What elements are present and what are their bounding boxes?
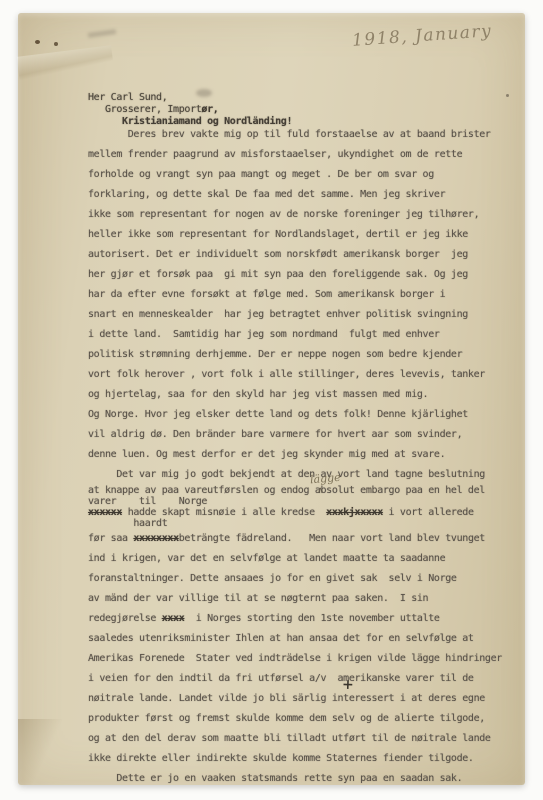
- struck-out-text: xxxkjxxxxx: [326, 507, 383, 518]
- ink-dot: [506, 94, 509, 97]
- text-line: vort folk herover , vort folk i alle sti…: [88, 365, 502, 385]
- text-line: ikke direkte eller indirekte skulde komm…: [88, 749, 502, 769]
- text-line: i veien for den indtil da fri utførsel a…: [88, 669, 502, 689]
- text-line: vil aldrig dø. Den bränder bare varmere …: [88, 425, 502, 445]
- text-line: nøitrale lande. Landet vilde jo bli särl…: [88, 689, 502, 709]
- text-line: Deres brev vakte mig op til fuld forstaa…: [88, 125, 502, 145]
- text-line: Dette er jo en vaaken statsmands rette s…: [88, 769, 502, 789]
- recipient-address: Her Carl Sund, Grosserer, Importør, Kris…: [88, 92, 292, 128]
- text-line: Her Carl Sund,: [88, 92, 292, 104]
- text-line: Og Norge. Hvor jeg elsker dette land og …: [88, 405, 502, 425]
- text-line: forholde og vrangt syn paa mangt og mege…: [88, 165, 502, 185]
- text-segment: hadde skapt misnøie i alle kredse: [122, 507, 326, 518]
- paper-crease-bottom-left: [18, 719, 70, 785]
- text-line: snart en menneskealder har jeg betragtet…: [88, 305, 502, 325]
- text-line: redegjørelse xxxx i Norges storting den …: [88, 609, 502, 629]
- text-line: har da efter evne forsøkt at følge med. …: [88, 285, 502, 305]
- text-line: foranstaltninger. Dette ansaaes jo for e…: [88, 569, 502, 589]
- struck-out-text: xxxxxxxx: [133, 533, 178, 544]
- text-line: autorisert. Det er individuelt som norsk…: [88, 245, 502, 265]
- text-line: Grosserer, Importør,: [88, 104, 292, 116]
- handwritten-date: 1918, January: [351, 21, 492, 51]
- text-line: i dette land. Samtidig har jeg som nordm…: [88, 325, 502, 345]
- ink-spot: [35, 40, 40, 44]
- pencil-smudge: [88, 29, 116, 38]
- text-line: politisk strømning derhjemme. Der er nep…: [88, 345, 502, 365]
- text-segment: ør,: [201, 104, 218, 115]
- text-line: denne luen. Og mest derfor er det jeg sk…: [88, 445, 502, 465]
- text-line: av mänd der var villige til at se nøgter…: [88, 589, 502, 609]
- handwritten-insertion: lägge: [309, 471, 341, 487]
- text-segment: Grosserer, Import: [88, 104, 201, 115]
- letter-paper: 1918, January Her Carl Sund, Grosserer, …: [18, 13, 525, 785]
- pencil-correction-mark: +: [342, 677, 354, 693]
- text-segment: i vort allerede: [383, 507, 474, 518]
- text-line: ind i krigen, var det en selvfølge at la…: [88, 549, 502, 569]
- text-line: mellem frender paagrund av misforstaaels…: [88, 145, 502, 165]
- text-segment: i Norges storting den 1ste november utta…: [184, 613, 439, 624]
- text-line: saaledes utenriksminister Ihlen at han a…: [88, 629, 502, 649]
- struck-out-text: xxxx: [162, 613, 185, 624]
- text-line: før saa xxxxxxxxbeträngte fädreland. Men…: [88, 529, 502, 549]
- text-line: og at den del derav som maatte bli tilla…: [88, 729, 502, 749]
- text-line: og hjertelag, saa for den skyld har jeg …: [88, 385, 502, 405]
- scanned-letter-page: { "colors": { "paper": "#dbd1b5", "ink":…: [0, 0, 543, 800]
- text-line: haardt: [88, 518, 502, 529]
- letter-body-text: Deres brev vakte mig op til fuld forstaa…: [88, 125, 502, 789]
- text-segment: før saa: [88, 533, 133, 544]
- paper-crease-top-left: [17, 45, 114, 82]
- text-line: Amerikas Forenede Stater ved indträdelse…: [88, 649, 502, 669]
- text-line: produkter først og fremst skulde komme d…: [88, 709, 502, 729]
- text-line: varer til Norge: [88, 496, 502, 507]
- ink-spot: [54, 42, 58, 46]
- text-line: forklaring, og dette skal De faa med det…: [88, 185, 502, 205]
- insertion-caret-mark: ∧: [317, 486, 324, 496]
- text-line: Det var mig jo godt bekjendt at den av v…: [88, 465, 502, 485]
- text-line: at knappe av paa vareutførslen og endog …: [88, 485, 502, 496]
- text-segment: redegjørelse: [88, 613, 162, 624]
- struck-out-text: xxxxxx: [88, 507, 122, 518]
- text-line: her gjør et forsøk paa gi mit syn paa de…: [88, 265, 502, 285]
- text-line: xxxxxx hadde skapt misnøie i alle kredse…: [88, 507, 502, 518]
- text-line: heller ikke som representant for Nordlan…: [88, 225, 502, 245]
- text-segment: beträngte fädreland. Men naar vort land …: [179, 533, 485, 544]
- text-line: ikke som representant for nogen av de no…: [88, 205, 502, 225]
